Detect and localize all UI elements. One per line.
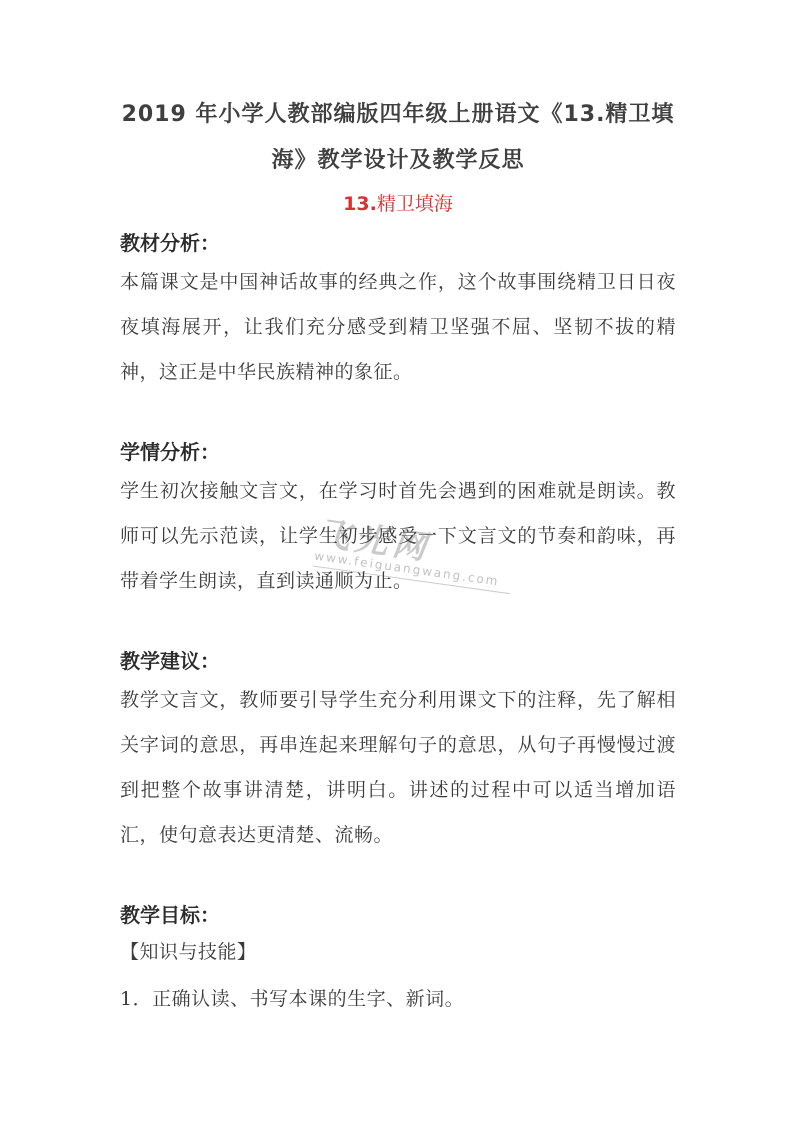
document-page: 飞光网 www.feiguangwang.com 2019 年小学人教部编版四年… — [0, 0, 793, 1122]
section-paragraph: 本篇课文是中国神话故事的经典之作，这个故事围绕精卫日日夜夜填海展开，让我们充分感… — [120, 260, 676, 395]
section-teaching-suggestions: 教学建议： 教学文言文，教师要引导学生充分利用课文下的注释，先了解相关字词的意思… — [120, 648, 676, 858]
section-material-analysis: 教材分析： 本篇课文是中国神话故事的经典之作，这个故事围绕精卫日日夜夜填海展开，… — [120, 230, 676, 395]
section-paragraph: 学生初次接触文言文，在学习时首先会遇到的困难就是朗读。教师可以先示范读，让学生初… — [120, 469, 676, 604]
section-teaching-objectives: 教学目标： 【知识与技能】 1．正确认读、书写本课的生字、新词。 — [120, 902, 676, 1022]
lesson-number: 13. — [343, 193, 377, 215]
section-paragraph: 教学文言文，教师要引导学生充分利用课文下的注释，先了解相关字词的意思，再串连起来… — [120, 678, 676, 858]
lesson-name: 精卫填海 — [377, 193, 453, 215]
section-heading: 教材分析： — [120, 230, 676, 256]
section-heading: 学情分析： — [120, 439, 676, 465]
page-title: 2019 年小学人教部编版四年级上册语文《13.精卫填海》教学设计及教学反思 — [120, 92, 676, 184]
objectives-item-1: 1．正确认读、书写本课的生字、新词。 — [120, 977, 676, 1022]
objectives-subheading: 【知识与技能】 — [120, 930, 676, 975]
lesson-subtitle: 13.精卫填海 — [120, 192, 676, 216]
section-learner-analysis: 学情分析： 学生初次接触文言文，在学习时首先会遇到的困难就是朗读。教师可以先示范… — [120, 439, 676, 604]
section-heading: 教学目标： — [120, 902, 676, 928]
section-heading: 教学建议： — [120, 648, 676, 674]
document-content: 2019 年小学人教部编版四年级上册语文《13.精卫填海》教学设计及教学反思 1… — [0, 0, 793, 1022]
